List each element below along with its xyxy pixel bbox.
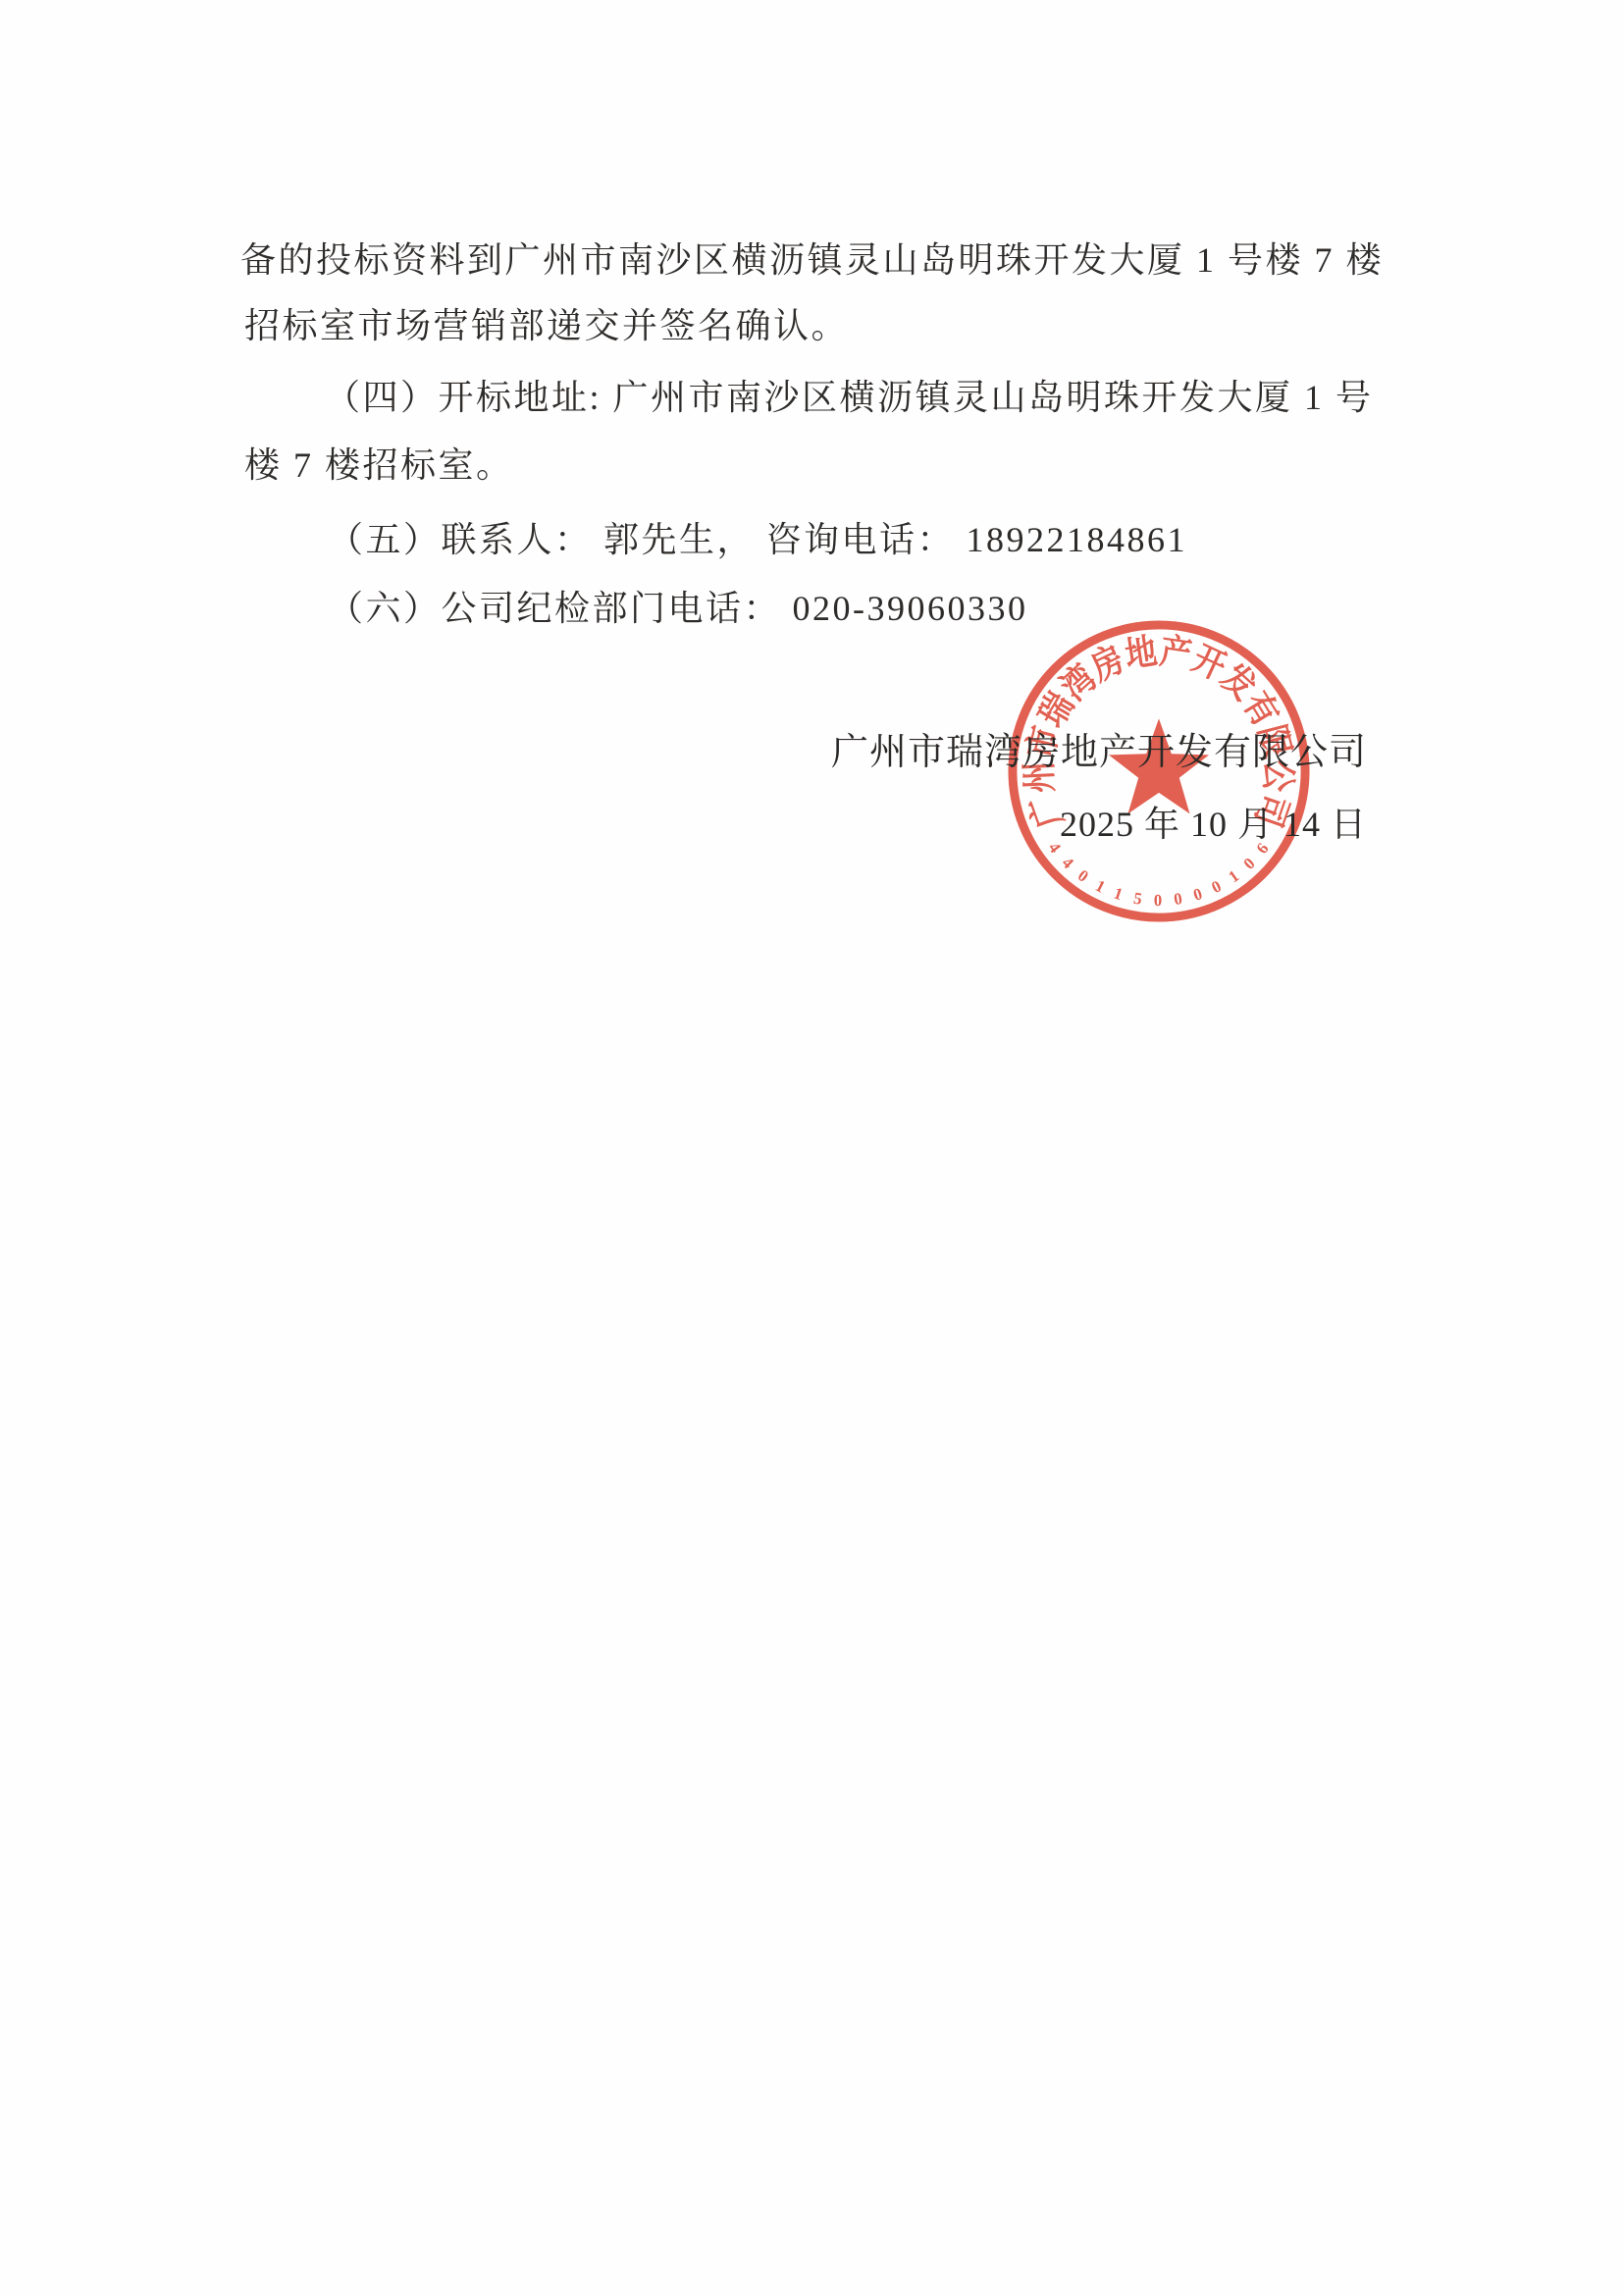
body-line-6-discipline-phone: （六）公司纪检部门电话： 020-39060330 bbox=[328, 591, 1028, 626]
document-page: 备的投标资料到广州市南沙区横沥镇灵山岛明珠开发大厦 1 号楼 7 楼 招标室市场… bbox=[0, 0, 1623, 2296]
body-line-3-bid-opening-address: （四）开标地址: 广州市南沙区横沥镇灵山岛明珠开发大厦 1 号 bbox=[325, 380, 1374, 415]
body-line-2: 招标室市场营销部递交并签名确认。 bbox=[244, 308, 849, 343]
body-line-5-contact: （五）联系人： 郭先生， 咨询电话： 18922184861 bbox=[328, 522, 1187, 557]
signature-date: 2025 年 10 月 14 日 bbox=[1060, 807, 1367, 842]
body-line-1: 备的投标资料到广州市南沙区横沥镇灵山岛明珠开发大厦 1 号楼 7 楼 bbox=[240, 242, 1384, 278]
signature-company-name: 广州市瑞湾房地产开发有限公司 bbox=[831, 734, 1367, 771]
body-line-4: 楼 7 楼招标室。 bbox=[244, 447, 514, 483]
